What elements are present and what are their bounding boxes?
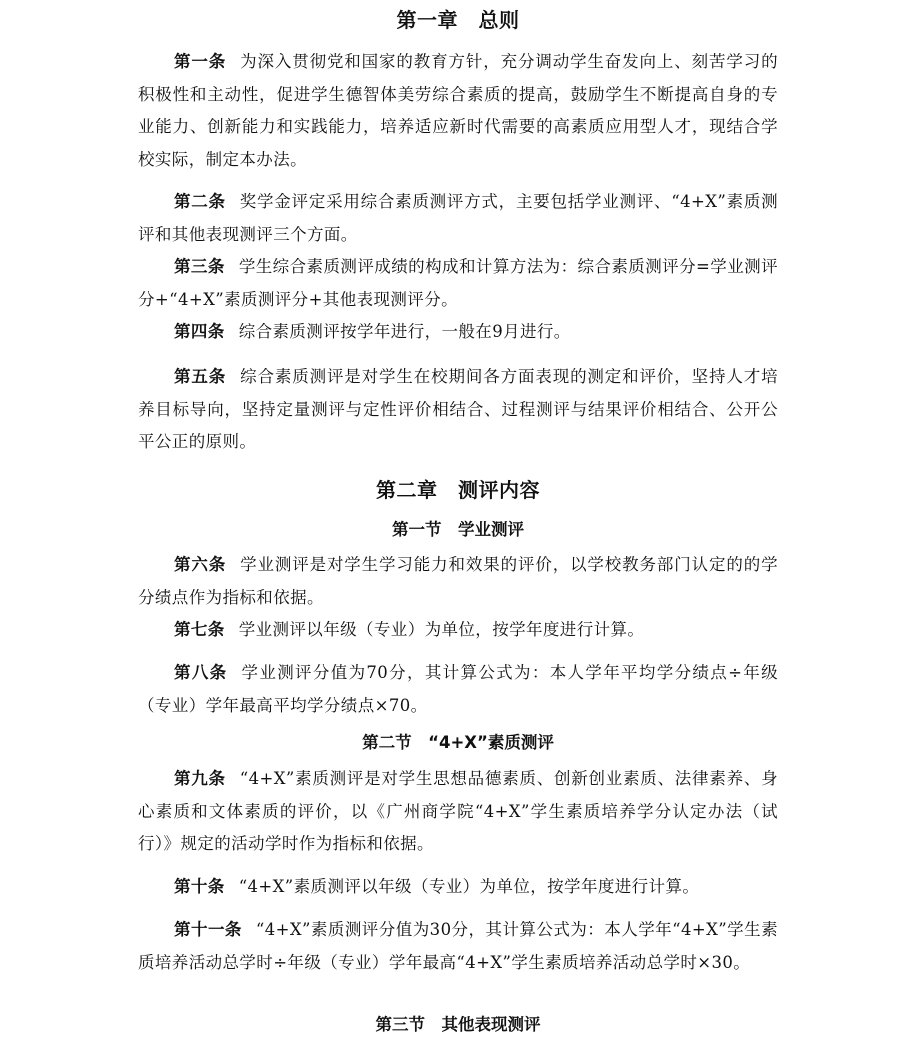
article-number: 第五条 <box>174 367 226 386</box>
article-text: “4+X”素质测评是对学生思想品德素质、创新创业素质、法律素养、身心素质和文体素… <box>138 769 778 853</box>
article-text: 学业测评是对学生学习能力和效果的评价，以学校教务部门认定的的学分绩点作为指标和依… <box>138 555 778 607</box>
article-text: 综合素质测评按学年进行，一般在9月进行。 <box>239 322 571 341</box>
article-number: 第六条 <box>174 555 226 574</box>
chapter-2-title: 第二章 测评内容 <box>138 474 778 506</box>
article-9: 第九条“4+X”素质测评是对学生思想品德素质、创新创业素质、法律素养、身心素质和… <box>138 763 778 861</box>
section-3-title: 第三节 其他表现测评 <box>138 1010 778 1039</box>
article-text: 综合素质测评是对学生在校期间各方面表现的测定和评价，坚持人才培养目标导向，坚持定… <box>138 367 778 451</box>
article-8: 第八条学业测评分值为70分，其计算公式为：本人学年平均学分绩点÷年级（专业）学年… <box>138 657 778 722</box>
article-text: 学业测评以年级（专业）为单位，按学年度进行计算。 <box>239 620 645 639</box>
article-number: 第二条 <box>174 192 226 211</box>
article-text: 学业测评分值为70分，其计算公式为：本人学年平均学分绩点÷年级（专业）学年最高平… <box>138 663 778 715</box>
article-number: 第八条 <box>174 663 228 682</box>
article-text: 奖学金评定采用综合素质测评方式，主要包括学业测评、“4+X”素质测评和其他表现测… <box>138 192 778 244</box>
article-number: 第十条 <box>174 877 225 896</box>
article-number: 第十一条 <box>174 920 242 939</box>
article-11: 第十一条“4+X”素质测评分值为30分，其计算公式为：本人学年“4+X”学生素质… <box>138 914 778 979</box>
article-5: 第五条综合素质测评是对学生在校期间各方面表现的测定和评价，坚持人才培养目标导向，… <box>138 361 778 459</box>
article-10: 第十条“4+X”素质测评以年级（专业）为单位，按学年度进行计算。 <box>138 871 778 904</box>
article-number: 第三条 <box>174 257 225 276</box>
article-text: “4+X”素质测评以年级（专业）为单位，按学年度进行计算。 <box>239 877 700 896</box>
article-number: 第四条 <box>174 322 225 341</box>
article-number: 第九条 <box>174 769 226 788</box>
article-1: 第一条为深入贯彻党和国家的教育方针，充分调动学生奋发向上、刻苦学习的积极性和主动… <box>138 46 778 176</box>
article-2: 第二条奖学金评定采用综合素质测评方式，主要包括学业测评、“4+X”素质测评和其他… <box>138 186 778 251</box>
article-text: 学生综合素质测评成绩的构成和计算方法为：综合素质测评分=学业测评分+“4+X”素… <box>138 257 778 309</box>
section-2-title: 第二节 “4+X”素质测评 <box>138 728 778 758</box>
article-6: 第六条学业测评是对学生学习能力和效果的评价，以学校教务部门认定的的学分绩点作为指… <box>138 549 778 614</box>
article-number: 第七条 <box>174 620 225 639</box>
article-3: 第三条学生综合素质测评成绩的构成和计算方法为：综合素质测评分=学业测评分+“4+… <box>138 251 778 316</box>
article-text: 为深入贯彻党和国家的教育方针，充分调动学生奋发向上、刻苦学习的积极性和主动性，促… <box>138 52 778 169</box>
chapter-1-title: 第一章 总则 <box>138 4 778 36</box>
article-7: 第七条学业测评以年级（专业）为单位，按学年度进行计算。 <box>138 614 778 647</box>
section-1-title: 第一节 学业测评 <box>138 515 778 545</box>
article-4: 第四条综合素质测评按学年进行，一般在9月进行。 <box>138 316 778 349</box>
article-number: 第一条 <box>174 52 226 71</box>
